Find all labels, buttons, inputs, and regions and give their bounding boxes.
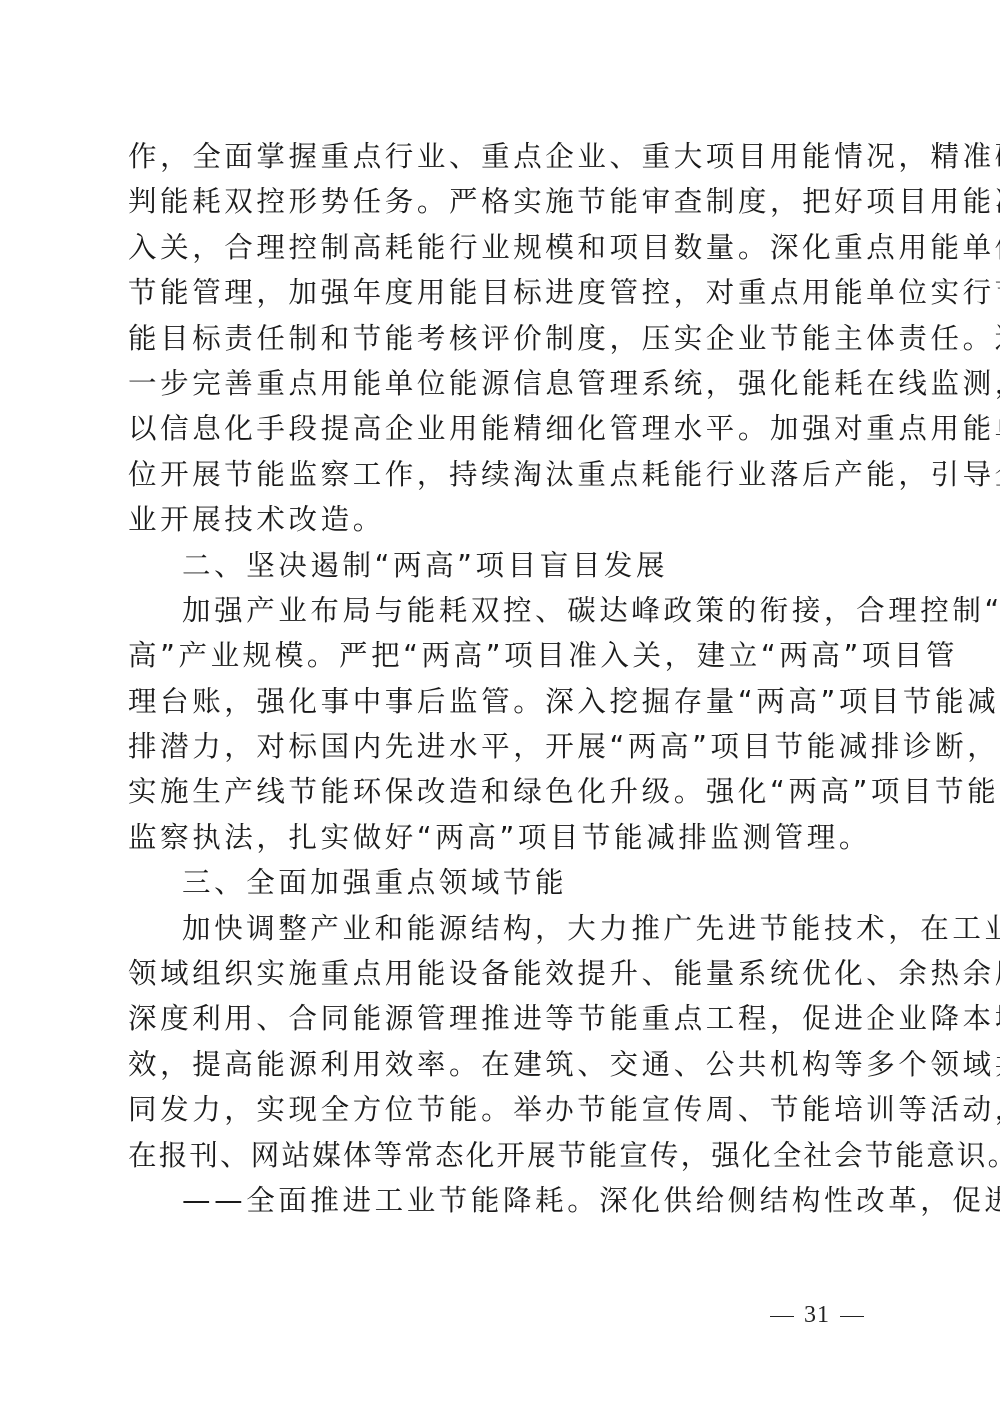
text-line: 作，全面掌握重点行业、重点企业、重大项目用能情况，精准研: [128, 134, 874, 179]
section-heading-2: 二、坚决遏制“两高”项目盲目发展: [128, 543, 874, 588]
text-line: ——全面推进工业节能降耗。深化供给侧结构性改革，促进: [128, 1178, 874, 1223]
text-line: 在报刊、网站媒体等常态化开展节能宣传，强化全社会节能意识。: [128, 1133, 874, 1178]
dash-decoration: [770, 1316, 794, 1318]
text-line: 节能管理，加强年度用能目标进度管控，对重点用能单位实行节: [128, 270, 874, 315]
text-line: 业开展技术改造。: [128, 497, 874, 542]
text-line: 效，提高能源利用效率。在建筑、交通、公共机构等多个领域共: [128, 1042, 874, 1087]
document-body: 作，全面掌握重点行业、重点企业、重大项目用能情况，精准研 判能耗双控形势任务。严…: [128, 134, 874, 1223]
text-line: 位开展节能监察工作，持续淘汰重点耗能行业落后产能，引导企: [128, 452, 874, 497]
text-line: 同发力，实现全方位节能。举办节能宣传周、节能培训等活动，: [128, 1087, 874, 1132]
text-line: 排潜力，对标国内先进水平，开展“两高”项目节能减排诊断，: [128, 724, 874, 769]
text-line: 领域组织实施重点用能设备能效提升、能量系统优化、余热余压: [128, 951, 874, 996]
text-line: 深度利用、合同能源管理推进等节能重点工程，促进企业降本增: [128, 996, 874, 1041]
text-line: 一步完善重点用能单位能源信息管理系统，强化能耗在线监测，: [128, 361, 874, 406]
text-line: 入关，合理控制高耗能行业规模和项目数量。深化重点用能单位: [128, 225, 874, 270]
text-line: 高”产业规模。严把“两高”项目准入关，建立“两高”项目管: [128, 633, 874, 678]
dash-decoration: [840, 1316, 864, 1318]
text-line: 加快调整产业和能源结构，大力推广先进节能技术，在工业: [128, 906, 874, 951]
page-number-value: 31: [804, 1302, 830, 1328]
text-line: 能目标责任制和节能考核评价制度，压实企业节能主体责任。进: [128, 316, 874, 361]
text-line: 理台账，强化事中事后监管。深入挖掘存量“两高”项目节能减: [128, 679, 874, 724]
text-line: 以信息化手段提高企业用能精细化管理水平。加强对重点用能单: [128, 406, 874, 451]
text-line: 加强产业布局与能耗双控、碳达峰政策的衔接，合理控制“两: [128, 588, 874, 633]
text-line: 监察执法，扎实做好“两高”项目节能减排监测管理。: [128, 815, 874, 860]
text-line: 实施生产线节能环保改造和绿色化升级。强化“两高”项目节能: [128, 769, 874, 814]
text-line: 判能耗双控形势任务。严格实施节能审查制度，把好项目用能准: [128, 179, 874, 224]
page-number: 31: [760, 1302, 874, 1329]
section-heading-3: 三、全面加强重点领域节能: [128, 860, 874, 905]
